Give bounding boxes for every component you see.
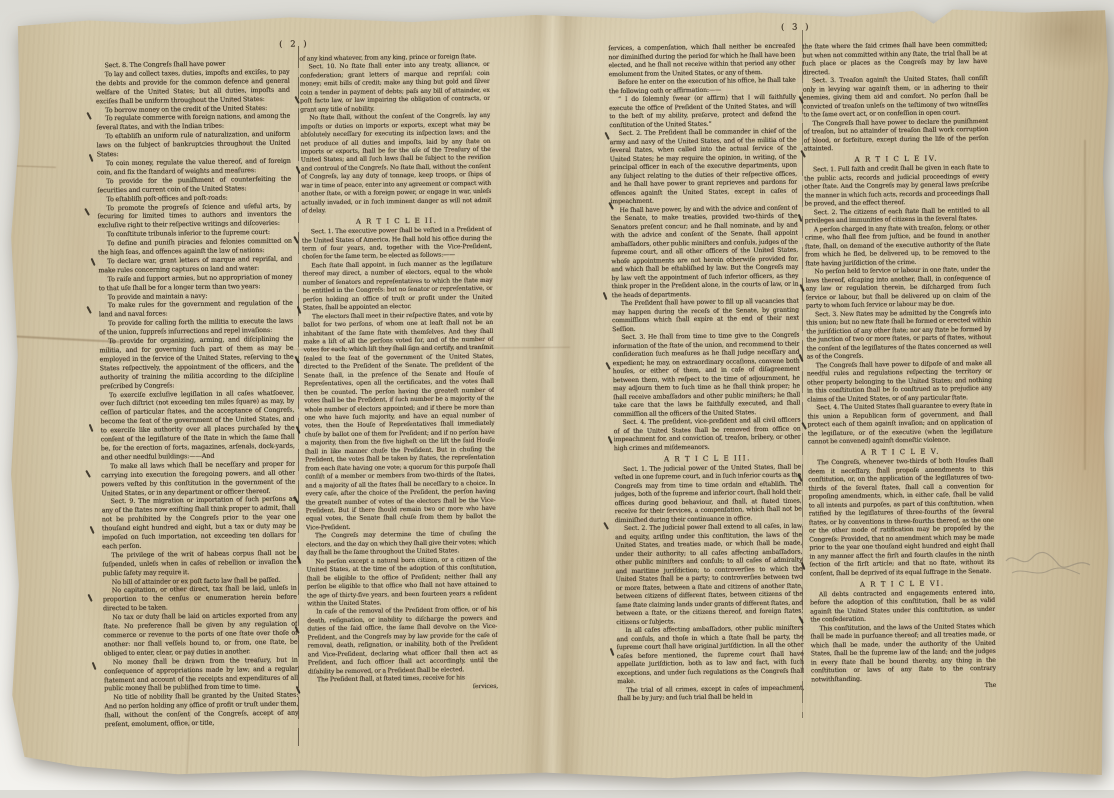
paragraph: The electors ſhall meet in their reſpect… xyxy=(303,310,496,532)
paragraph: The Preſident ſhall have power to fill u… xyxy=(612,298,799,335)
page2-left-column: Sect. 8. The Congreſs ſhall have powerTo… xyxy=(95,59,298,730)
paragraph: No perſon except a natural born citizen,… xyxy=(306,556,497,609)
paragraph: The trial of all crimes, except in caſes… xyxy=(617,684,804,704)
paragraph: To provide for organizing, arming, and d… xyxy=(99,335,294,391)
paragraph: No tax or duty ſhall be laid on articles… xyxy=(103,611,298,658)
paragraph: Sect. 1. The judicial power of the Unite… xyxy=(614,463,802,525)
paragraph: The Congreſs ſhall have power to diſpoſe… xyxy=(807,359,993,404)
paragraph: The Congreſs ſhall have power to declare… xyxy=(803,117,988,154)
printed-text-layer: ( 2 ) ( 3 ) Sect. 8. The Congreſs ſhall … xyxy=(0,0,1114,790)
paragraph: Sect. 9. The migration or importation of… xyxy=(101,495,296,551)
paragraph: Sect. 10. No ſtate ſhall enter into any … xyxy=(299,61,490,114)
paragraph: To promote the progreſs of ſcience and u… xyxy=(97,201,291,230)
paragraph: The privilege of the writ of habeas corp… xyxy=(102,548,296,577)
paragraph: Sect. 2. The Preſident ſhall be commande… xyxy=(609,128,797,207)
paragraph: Sect. 1. Full faith and credit ſhall be … xyxy=(804,164,990,209)
paragraph: Sect. 4. The United States ſhall guarant… xyxy=(807,402,993,447)
paragraph: “ I do ſolemnly ſwear (or affirm) that I… xyxy=(609,94,796,131)
paragraph: To make all laws which ſhall be neceſſar… xyxy=(101,459,295,497)
paragraph: All debts contracted and engagements ent… xyxy=(810,588,995,625)
paragraph: Each ſtate ſhall appoint, in ſuch manner… xyxy=(302,260,493,313)
paragraph: No ſtate ſhall, without the conſent of t… xyxy=(300,112,491,216)
paragraph: In all caſes affecting ambaſſadors, othe… xyxy=(616,624,804,686)
paragraph: Sect. 3. Treaſon againſt the United Stat… xyxy=(803,75,989,120)
paragraph: Sect. 2. The citizens of each ſtate ſhal… xyxy=(804,206,989,226)
paragraph: He ſhall have power, by and with the adv… xyxy=(610,204,798,300)
paragraph: Sect. 3. He ſhall from time to time give… xyxy=(612,332,800,420)
paragraph: Sect. 1. The executive power ſhall be ve… xyxy=(302,226,492,262)
paragraph: Sect. 2. The judicial power ſhall extend… xyxy=(615,522,803,627)
paragraph: The Congreſs may determine the time of c… xyxy=(306,530,496,558)
paragraph: In caſe of the removal of the Preſident … xyxy=(307,606,498,676)
page2-right-column: of any kind whatever, from any king, pri… xyxy=(299,53,498,694)
paragraph: No perſon held to ſervice or labour in o… xyxy=(805,266,991,311)
page3-right-column: the ſtate where the ſaid crimes ſhall ha… xyxy=(802,41,996,693)
paragraph: The Congreſs, whenever two-thirds of bot… xyxy=(808,457,995,579)
page-number-2: ( 2 ) xyxy=(279,39,309,49)
document-paper: ( 2 ) ( 3 ) Sect. 8. The Congreſs ſhall … xyxy=(0,0,1114,790)
paragraph: To lay and collect taxes, duties, impoſt… xyxy=(95,68,289,106)
paragraph: A perſon charged in any ſtate with treaſ… xyxy=(805,223,991,268)
paragraph: No title of nobility ſhall be granted by… xyxy=(104,691,298,729)
paragraph: No capitation, or other direct, tax ſhal… xyxy=(103,584,297,613)
page-number-3: ( 3 ) xyxy=(781,22,811,32)
paragraph: Sect. 3. New ſtates may be admitted by t… xyxy=(806,308,992,362)
photo-background: ( 2 ) ( 3 ) Sect. 8. The Congreſs ſhall … xyxy=(0,0,1114,790)
page3-left-column: ſervices, a compenſation, which ſhall ne… xyxy=(608,43,804,704)
paragraph: To eſtabliſh an uniform rule of naturali… xyxy=(96,130,290,159)
paragraph: To exerciſe excluſive legiſlation in all… xyxy=(100,388,295,462)
paragraph: Sect. 4. The preſident, vice-preſident a… xyxy=(613,417,800,454)
paragraph: the ſtate where the ſaid crimes ſhall ha… xyxy=(802,41,987,78)
paragraph: This conſtitution, and the laws of the U… xyxy=(810,622,996,684)
paragraph: ſervices, a compenſation, which ſhall ne… xyxy=(608,43,795,80)
paragraph: No money ſhall be drawn from the treaſur… xyxy=(104,655,298,693)
